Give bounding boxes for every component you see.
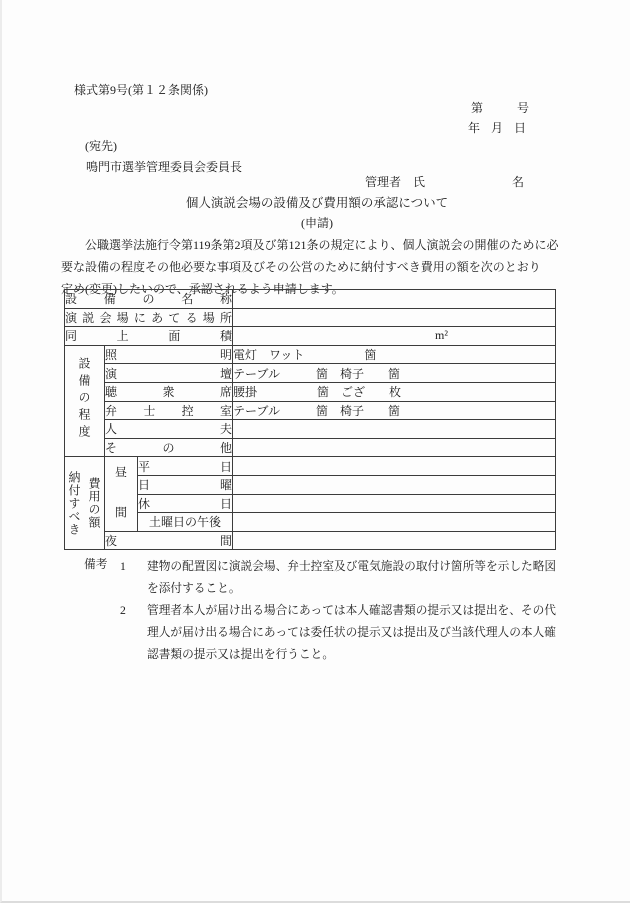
table-row: 弁士控室 テーブル 箇 椅子 箇 bbox=[65, 401, 556, 420]
area-value-cell: m² bbox=[233, 327, 556, 346]
document-page: 様式第9号(第１２条関係) 第 号 年 月 日 (宛先) 鳴門市選挙管理委員会委… bbox=[0, 0, 630, 903]
note-number: 2 bbox=[120, 600, 147, 666]
blank-cell bbox=[233, 513, 556, 532]
other-label: その他 bbox=[105, 438, 233, 457]
lighting-value: 電灯 ワット 箇 bbox=[233, 345, 556, 364]
area-label: 同上面積 bbox=[65, 327, 233, 346]
blank-cell bbox=[233, 494, 556, 513]
document-number-line: 第 号 bbox=[471, 99, 529, 116]
table-row: 聴衆席 腰掛 箇 ござ 枚 bbox=[65, 382, 556, 401]
weekday-label: 平日 bbox=[138, 457, 233, 476]
note-item: 1 建物の配置図に演説会場、弁士控室及び電気施設の取付け箇所等を示した略図 を添… bbox=[120, 556, 556, 600]
blank-cell bbox=[233, 308, 556, 327]
blank-cell bbox=[233, 438, 556, 457]
body-line: 公職選挙法施行令第119条第2項及び第121条の規定により、個人演説会の開催のた… bbox=[61, 234, 557, 256]
blank-cell bbox=[233, 531, 556, 550]
table-row: その他 bbox=[65, 438, 556, 457]
body-line: 要な設備の程度その他必要な事項及びその公営のために納付すべき費用の額を次のとおり bbox=[61, 256, 557, 278]
table-row: 納付すべき 費用の額 昼間 平日 bbox=[65, 457, 556, 476]
date-month: 月 bbox=[491, 119, 503, 136]
manager-name-line: 管理者 氏 名 bbox=[365, 173, 524, 190]
doc-number-suffix: 号 bbox=[517, 99, 529, 116]
notes: 1 建物の配置図に演説会場、弁士控室及び電気施設の取付け箇所等を示した略図 を添… bbox=[120, 556, 556, 666]
podium-value: テーブル 箇 椅子 箇 bbox=[233, 364, 556, 383]
form-table: 設備の名称 演説会場にあてる場所 同上面積 m² 設備の程度 照明 電灯 ワット… bbox=[64, 289, 556, 550]
laborer-label: 人夫 bbox=[105, 420, 233, 439]
table-row: 演説会場にあてる場所 bbox=[65, 308, 556, 327]
sunday-label: 日曜 bbox=[138, 475, 233, 494]
table-row: 演壇 テーブル 箇 椅子 箇 bbox=[65, 364, 556, 383]
notes-label: 備考 bbox=[84, 556, 107, 572]
table-row: 設備の程度 照明 電灯 ワット 箇 bbox=[65, 345, 556, 364]
doc-number-prefix: 第 bbox=[471, 99, 483, 116]
blank-cell bbox=[233, 290, 556, 309]
blank-cell bbox=[233, 457, 556, 476]
addressee: 鳴門市選挙管理委員会委員長 bbox=[86, 158, 242, 175]
table-row: 同上面積 m² bbox=[65, 327, 556, 346]
blank-cell bbox=[233, 420, 556, 439]
note-text: 管理者本人が届け出る場合にあっては本人確認書類の提示又は提出を、その代 理人が届… bbox=[147, 600, 556, 666]
venue-place-label: 演説会場にあてる場所 bbox=[65, 308, 233, 327]
date-line: 年 月 日 bbox=[468, 119, 526, 136]
daytime-label: 昼間 bbox=[105, 457, 138, 531]
lighting-label: 照明 bbox=[105, 345, 233, 364]
document-title: 個人演説会場の設備及び費用額の承認について bbox=[2, 193, 630, 211]
fee-group-label: 納付すべき 費用の額 bbox=[65, 457, 105, 550]
blank-cell bbox=[233, 475, 556, 494]
speaker-room-label: 弁士控室 bbox=[105, 401, 233, 420]
holiday-label: 休日 bbox=[138, 494, 233, 513]
equipment-group-label: 設備の程度 bbox=[65, 345, 105, 457]
addressee-label: (宛先) bbox=[85, 137, 117, 154]
application-label: (申請) bbox=[2, 214, 630, 231]
fee-label-left: 納付すべき bbox=[66, 471, 83, 536]
form-number: 様式第9号(第１２条関係) bbox=[74, 81, 208, 98]
table-row: 夜間 bbox=[65, 531, 556, 550]
note-item: 2 管理者本人が届け出る場合にあっては本人確認書類の提示又は提出を、その代 理人… bbox=[120, 600, 556, 666]
facility-name-label: 設備の名称 bbox=[65, 290, 233, 309]
audience-seats-value: 腰掛 箇 ござ 枚 bbox=[233, 382, 556, 401]
date-year: 年 bbox=[468, 119, 480, 136]
note-number: 1 bbox=[120, 556, 147, 600]
speaker-room-value: テーブル 箇 椅子 箇 bbox=[233, 401, 556, 420]
date-day: 日 bbox=[514, 119, 526, 136]
podium-label: 演壇 bbox=[105, 364, 233, 383]
manager-label: 管理者 氏 bbox=[365, 173, 425, 190]
manager-name-suffix: 名 bbox=[512, 173, 524, 190]
note-text: 建物の配置図に演説会場、弁士控室及び電気施設の取付け箇所等を示した略図 を添付す… bbox=[147, 556, 556, 600]
night-label: 夜間 bbox=[105, 531, 233, 550]
saturday-afternoon-label: 土曜日の午後 bbox=[138, 513, 233, 532]
table-row: 人夫 bbox=[65, 420, 556, 439]
table-row: 休日 bbox=[65, 494, 556, 513]
fee-label-right: 費用の額 bbox=[86, 477, 103, 529]
square-meter-unit: m² bbox=[435, 328, 448, 343]
table-row: 設備の名称 bbox=[65, 290, 556, 309]
table-row: 日曜 bbox=[65, 475, 556, 494]
audience-seats-label: 聴衆席 bbox=[105, 382, 233, 401]
table-row: 土曜日の午後 bbox=[65, 513, 556, 532]
